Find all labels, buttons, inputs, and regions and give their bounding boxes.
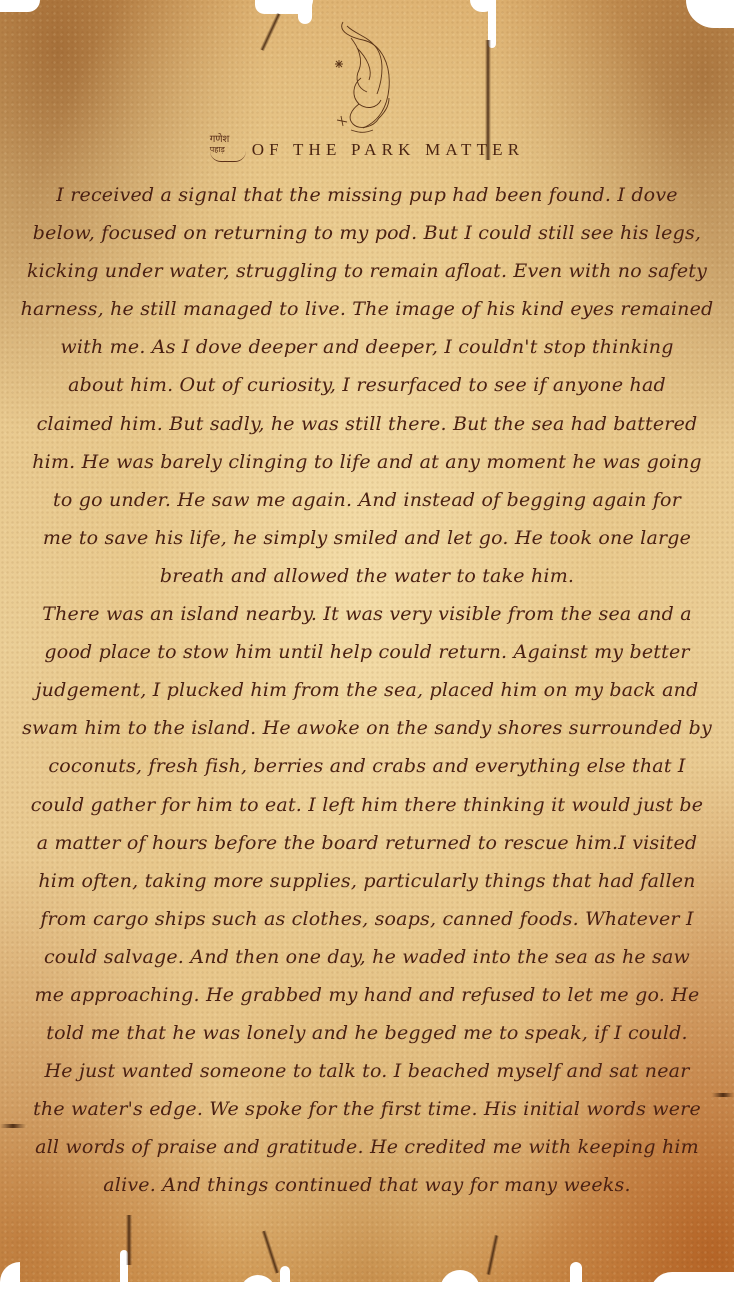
torn-edge-bottom <box>0 1282 734 1294</box>
logo-subtext: पहाड़ <box>210 145 225 154</box>
story-line: good place to stow him until help could … <box>14 633 720 671</box>
story-line: breath and allowed the water to take him… <box>14 557 720 595</box>
story-line: could salvage. And then one day, he wade… <box>14 938 720 976</box>
story-line: to go under. He saw me again. And instea… <box>14 481 720 519</box>
story-line: There was an island nearby. It was very … <box>14 595 720 633</box>
story-line: with me. As I dove deeper and deeper, I … <box>14 328 720 366</box>
torn-edge-top-left <box>0 0 40 12</box>
story-line: I received a signal that the missing pup… <box>14 176 720 214</box>
story-line: below, focused on returning to my pod. B… <box>14 214 720 252</box>
story-line: He just wanted someone to talk to. I bea… <box>14 1052 720 1090</box>
torn-edge-bottom-4 <box>280 1266 290 1294</box>
torn-edge-bottom-1 <box>0 1262 20 1294</box>
story-line: about him. Out of curiosity, I resurface… <box>14 366 720 404</box>
crack-bottom-2 <box>261 1230 279 1273</box>
torn-edge-top-right <box>686 0 734 28</box>
story-line: coconuts, fresh fish, berries and crabs … <box>14 747 720 785</box>
story-body: I received a signal that the missing pup… <box>14 176 720 1205</box>
logo-text: गणेश <box>210 134 230 145</box>
story-line: judgement, I plucked him from the sea, p… <box>14 671 720 709</box>
crack-top-2 <box>260 13 281 51</box>
signature-logo: गणेश पहाड़ <box>210 135 248 162</box>
page-title: OF THE PARK MATTER <box>252 140 525 160</box>
story-paragraph-1: I received a signal that the missing pup… <box>14 176 720 595</box>
story-line: could gather for him to eat. I left him … <box>14 786 720 824</box>
mermaid-constellation-icon <box>333 18 405 138</box>
torn-edge-bottom-6 <box>570 1262 582 1294</box>
story-paragraph-2: There was an island nearby. It was very … <box>14 595 720 1205</box>
story-line: swam him to the island. He awoke on the … <box>14 709 720 747</box>
story-line: alive. And things continued that way for… <box>14 1166 720 1204</box>
parchment-page: गणेश पहाड़ OF THE PARK MATTER I received… <box>0 0 734 1294</box>
story-line: me to save his life, he simply smiled an… <box>14 519 720 557</box>
torn-edge-top-2 <box>298 0 312 24</box>
story-line: kicking under water, struggling to remai… <box>14 252 720 290</box>
story-line: a matter of hours before the board retur… <box>14 824 720 862</box>
torn-edge-bottom-7 <box>650 1272 734 1294</box>
crack-bottom-3 <box>486 1235 499 1275</box>
story-line: from cargo ships such as clothes, soaps,… <box>14 900 720 938</box>
story-line: him. He was barely clinging to life and … <box>14 443 720 481</box>
story-line: harness, he still managed to live. The i… <box>14 290 720 328</box>
page-header: गणेश पहाड़ OF THE PARK MATTER <box>0 136 734 164</box>
story-line: told me that he was lonely and he begged… <box>14 1014 720 1052</box>
story-line: me approaching. He grabbed my hand and r… <box>14 976 720 1014</box>
torn-edge-bottom-3 <box>240 1275 276 1294</box>
torn-edge-bottom-5 <box>440 1270 480 1294</box>
story-line: him often, taking more supplies, particu… <box>14 862 720 900</box>
story-line: the water's edge. We spoke for the first… <box>14 1090 720 1128</box>
story-line: all words of praise and gratitude. He cr… <box>14 1128 720 1166</box>
crack-bottom-1 <box>126 1215 132 1265</box>
story-line: claimed him. But sadly, he was still the… <box>14 405 720 443</box>
